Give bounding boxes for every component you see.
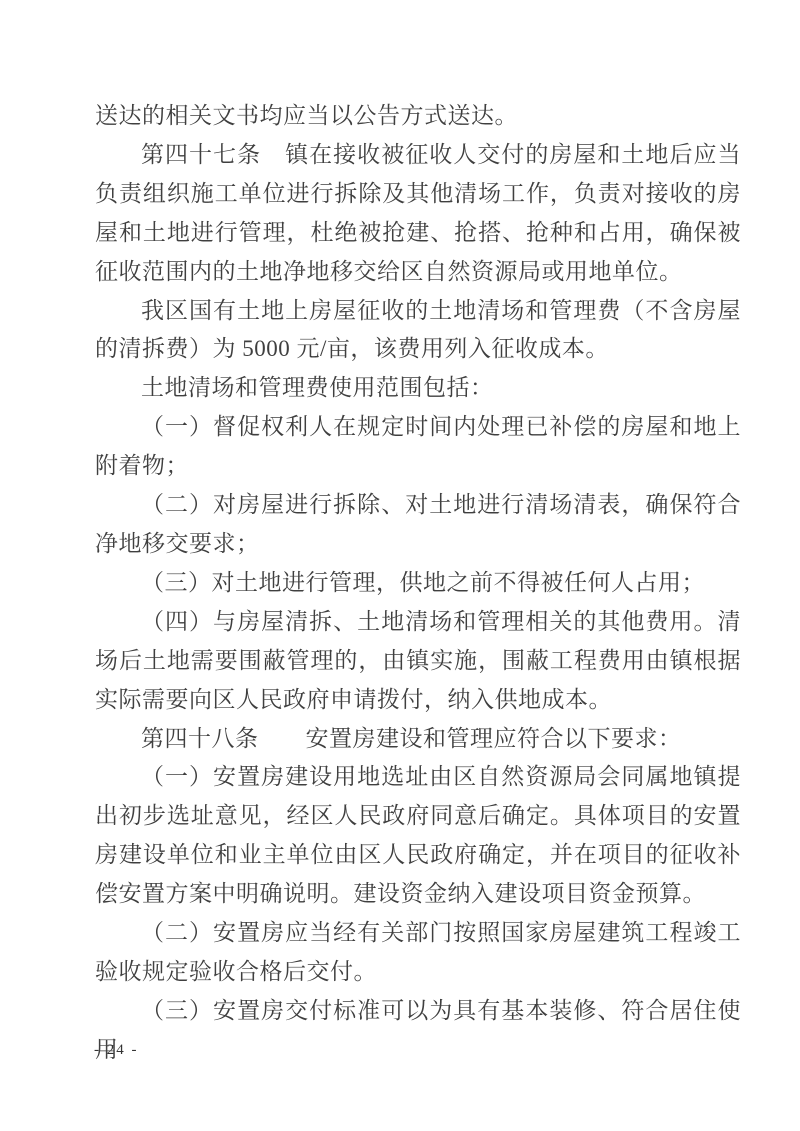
page-number: - 24 - [94,1042,139,1059]
paragraph-item-2: （二）对房屋进行拆除、对土地进行清场清表，确保符合净地移交要求； [95,486,741,564]
paragraph-item-1: （一）督促权利人在规定时间内处理已补偿的房屋和地上附着物； [95,408,741,486]
paragraph-fee-statement: 我区国有土地上房屋征收的土地清场和管理费（不含房屋的清拆费）为 5000 元/亩… [95,292,741,370]
paragraph-item-3: （三）对土地进行管理，供地之前不得被任何人占用； [95,564,741,603]
paragraph-fee-scope-intro: 土地清场和管理费使用范围包括： [95,369,741,408]
document-page: 送达的相关文书均应当以公告方式送达。 第四十七条 镇在接收被征收人交付的房屋和土… [0,0,800,1131]
paragraph-48-item-3: （三）安置房交付标准可以为具有基本装修、符合居住使用 [95,992,741,1070]
paragraph-item-4: （四）与房屋清拆、土地清场和管理相关的其他费用。清场后土地需要围蔽管理的，由镇实… [95,603,741,720]
document-body-text: 送达的相关文书均应当以公告方式送达。 第四十七条 镇在接收被征收人交付的房屋和土… [95,97,741,1070]
paragraph-article-47: 第四十七条 镇在接收被征收人交付的房屋和土地后应当负责组织施工单位进行拆除及其他… [95,136,741,292]
paragraph-article-48: 第四十八条 安置房建设和管理应符合以下要求： [95,720,741,759]
paragraph-48-item-2: （二）安置房应当经有关部门按照国家房屋建筑工程竣工验收规定验收合格后交付。 [95,914,741,992]
paragraph-48-item-1: （一）安置房建设用地选址由区自然资源局会同属地镇提出初步选址意见，经区人民政府同… [95,758,741,914]
paragraph-continuation: 送达的相关文书均应当以公告方式送达。 [95,97,741,136]
